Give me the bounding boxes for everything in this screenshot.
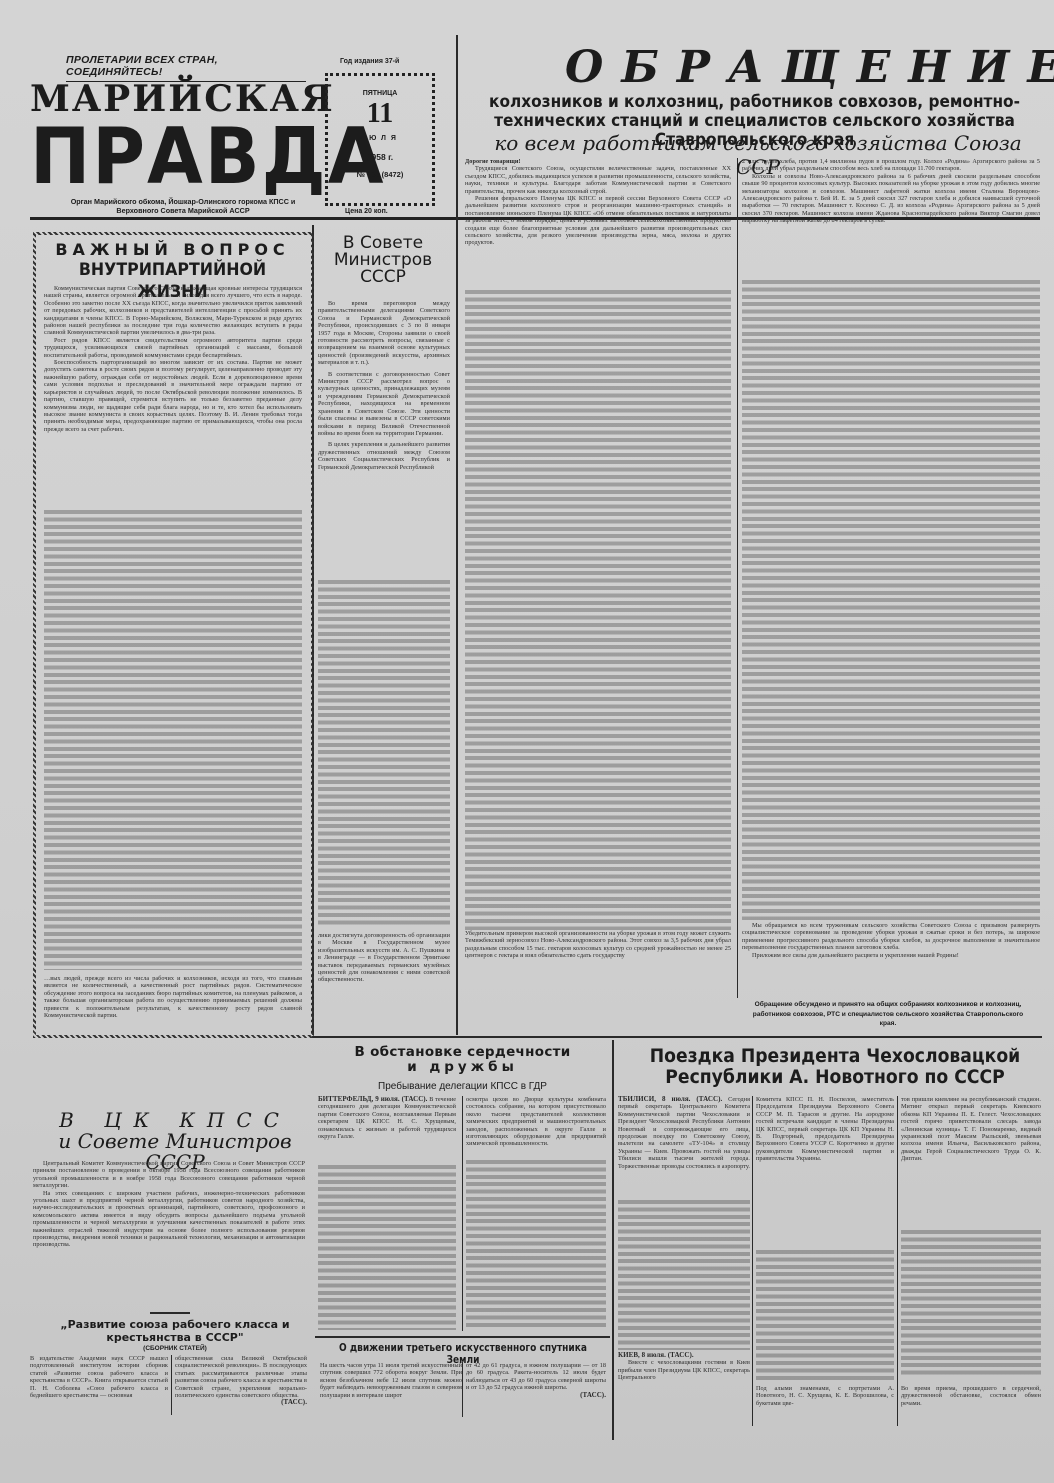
friendship-subtitle: Пребывание делегации КПСС в ГДР [325,1081,600,1092]
year-of-publication: Год издания 37-й [340,58,399,65]
council-text: Во время переговоров между правительстве… [318,300,450,471]
party-life-paragraph: Боеспособность парторганизаций во многом… [44,359,302,433]
weekday: ПЯТНИЦА [328,90,432,97]
novotny-column-1: ТБИЛИСИ, 8 июля. (ТАСС). Сегодня первый … [618,1096,750,1170]
month: ИЮЛЯ [328,135,432,142]
appeal-greeting: Дорогие товарищи! [465,158,731,165]
novotny-column-3: тов пришли киевляне на республиканский с… [901,1096,1041,1163]
section-rule [315,1336,610,1338]
novotny-column-3-end: Во время приема, прошедшего в сердечной,… [901,1385,1041,1407]
newspaper-page: ПРОЛЕТАРИИ ВСЕХ СТРАН, СОЕДИНЯЙТЕСЬ! МАР… [0,0,1054,1483]
council-paragraph: Во время переговоров между правительстве… [318,300,450,367]
friendship-column-1: БИТТЕРФЕЛЬД, 9 июля. (ТАСС). В течение с… [318,1096,456,1140]
cc-cpsu-paragraph: Центральный Комитет Коммунистической пар… [33,1160,305,1190]
novotny-dateline: ТБИЛИСИ, 8 июля. (ТАСС). [618,1095,722,1103]
appeal-paragraph: Мы обращаемся ко всем труженикам сельско… [742,922,1040,952]
novotny-title: Поездка Президента Чехословацкой Республ… [640,1046,1031,1088]
friendship-column-1-body [318,1165,456,1330]
novotny-column-1-end: КИЕВ, 8 июля. (ТАСС). Вместе с чехослова… [618,1352,750,1382]
novotny-column-2: Комитета КПСС П. Н. Поспелов, заместител… [756,1096,894,1163]
appeal-signature: Обращение обсуждено и принято на общих с… [748,1000,1028,1029]
appeal-column-2: 2 млн. пудов хлеба, против 1,4 миллиона … [742,158,1040,225]
friendship-title: В обстановке сердечности и дружбы [325,1045,600,1075]
column-divider [462,1096,463,1331]
novotny-column-2-end: Под алыми знаменами, с портретами А. Нов… [756,1385,894,1407]
book-subtitle: (СБОРНИК СТАТЕЙ) [40,1345,310,1352]
satellite-source: (ТАСС). [466,1392,606,1399]
separator [150,1312,190,1314]
cc-cpsu-text: Центральный Комитет Коммунистической пар… [33,1160,305,1249]
column-divider [737,158,738,998]
party-life-title-line1: ВАЖНЫЙ ВОПРОС [40,240,305,260]
appeal-column-2-body [742,280,1040,920]
appeal-paragraph: Решения февральского Пленума ЦК КПСС и п… [465,195,731,247]
year: 1958 г. [328,152,432,162]
novotny-column-1-body [618,1200,750,1350]
appeal-column-1-end: Убедительным примером высокой организова… [465,930,731,960]
issue-date-box: ПЯТНИЦА 11 ИЮЛЯ 1958 г. № 135 (8472) [325,73,435,206]
council-paragraph: В соответствии с договоренностью Совет М… [318,371,450,438]
party-life-paragraph: Коммунистическая партия Советского Союза… [44,285,302,337]
party-life-body [44,510,302,970]
book-source: (ТАСС). [281,1399,307,1406]
cc-cpsu-title-line1: В ЦК КПСС [40,1110,310,1131]
novotny-paragraph: Вместе с чехословацкими гостями в Киев п… [618,1359,750,1381]
friendship-paragraph: В течение сегодняшнего дня делегация Ком… [318,1096,456,1140]
friendship-column-2-body [466,1160,606,1330]
council-title: В Совете Министров СССР [318,235,448,286]
day: 11 [328,99,432,129]
novotny-title-line1: Поездка Президента Чехословацкой [640,1046,1031,1067]
council-ending: лики достигнута договоренность об органи… [318,932,450,984]
council-paragraph: В целях укрепления и дальнейшего развити… [318,441,450,471]
appeal-title: ОБРАЩЕНИЕ [565,42,1054,93]
council-body [318,580,450,925]
novotny-title-line2: Республики А. Новотного по СССР [640,1067,1031,1088]
friendship-title-line1: В обстановке сердечности [325,1045,600,1060]
book-column-2: общественная сила Великой Октябрьской со… [175,1355,307,1407]
price: Цена 20 коп. [345,208,388,215]
book-title: „Развитие союза рабочего класса и кресть… [40,1318,310,1344]
cc-cpsu-paragraph: На этих совещаниях с широким участием ра… [33,1190,305,1249]
appeal-column-1: Дорогие товарищи! Трудящиеся Советского … [465,158,731,247]
party-life-paragraph: Рост рядов КПСС является свидетельством … [44,337,302,359]
appeal-paragraph: 2 млн. пудов хлеба, против 1,4 миллиона … [742,158,1040,173]
masthead-organ: Орган Марийского обкома, Йошкар-Олинског… [68,197,298,215]
book-column-1: В издательстве Академии наук СССР вышел … [30,1355,168,1399]
appeal-paragraph: Трудящиеся Советского Союза, осуществляя… [465,165,731,195]
appeal-paragraph: Колхозы и совхозы Ново-Александровского … [742,173,1040,225]
column-divider [752,1096,753,1426]
column-divider [612,1040,614,1440]
novotny-dateline-kiev: КИЕВ, 8 июля. (ТАСС). [618,1351,694,1359]
column-divider [171,1355,172,1415]
section-rule [312,1036,1042,1038]
friendship-title-line2: и дружбы [325,1060,600,1075]
issue-number: № 135 (8472) [328,170,432,179]
book-paragraph: общественная сила Великой Октябрьской со… [175,1355,307,1399]
column-divider [456,35,458,1035]
column-divider [897,1096,898,1426]
satellite-column-1: На шесть часов утра 11 июля третий искус… [320,1362,462,1399]
satellite-column-2: от 42 до 61 градуса, в южном полушарии —… [466,1362,606,1399]
appeal-column-1-body [465,290,731,930]
friendship-column-2: осмотра цехов во Дворце культуры комбина… [466,1096,606,1148]
satellite-paragraph: от 42 до 61 градуса, в южном полушарии —… [466,1362,606,1391]
novotny-column-2-body [756,1250,894,1380]
novotny-paragraph: Сегодня первый секретарь Центрального Ко… [618,1096,750,1170]
novotny-column-3-body [901,1230,1041,1375]
friendship-dateline: БИТТЕРФЕЛЬД, 9 июля. (ТАСС). [318,1095,427,1103]
appeal-closing: Приложим все силы для дальнейшего расцве… [742,952,1040,959]
column-divider [462,1362,463,1417]
party-life-text: Коммунистическая партия Советского Союза… [44,285,302,433]
appeal-column-2-end: Мы обращаемся ко всем труженикам сельско… [742,922,1040,959]
party-life-ending: …вых людей, прежде всего из числа рабочи… [44,975,302,1019]
